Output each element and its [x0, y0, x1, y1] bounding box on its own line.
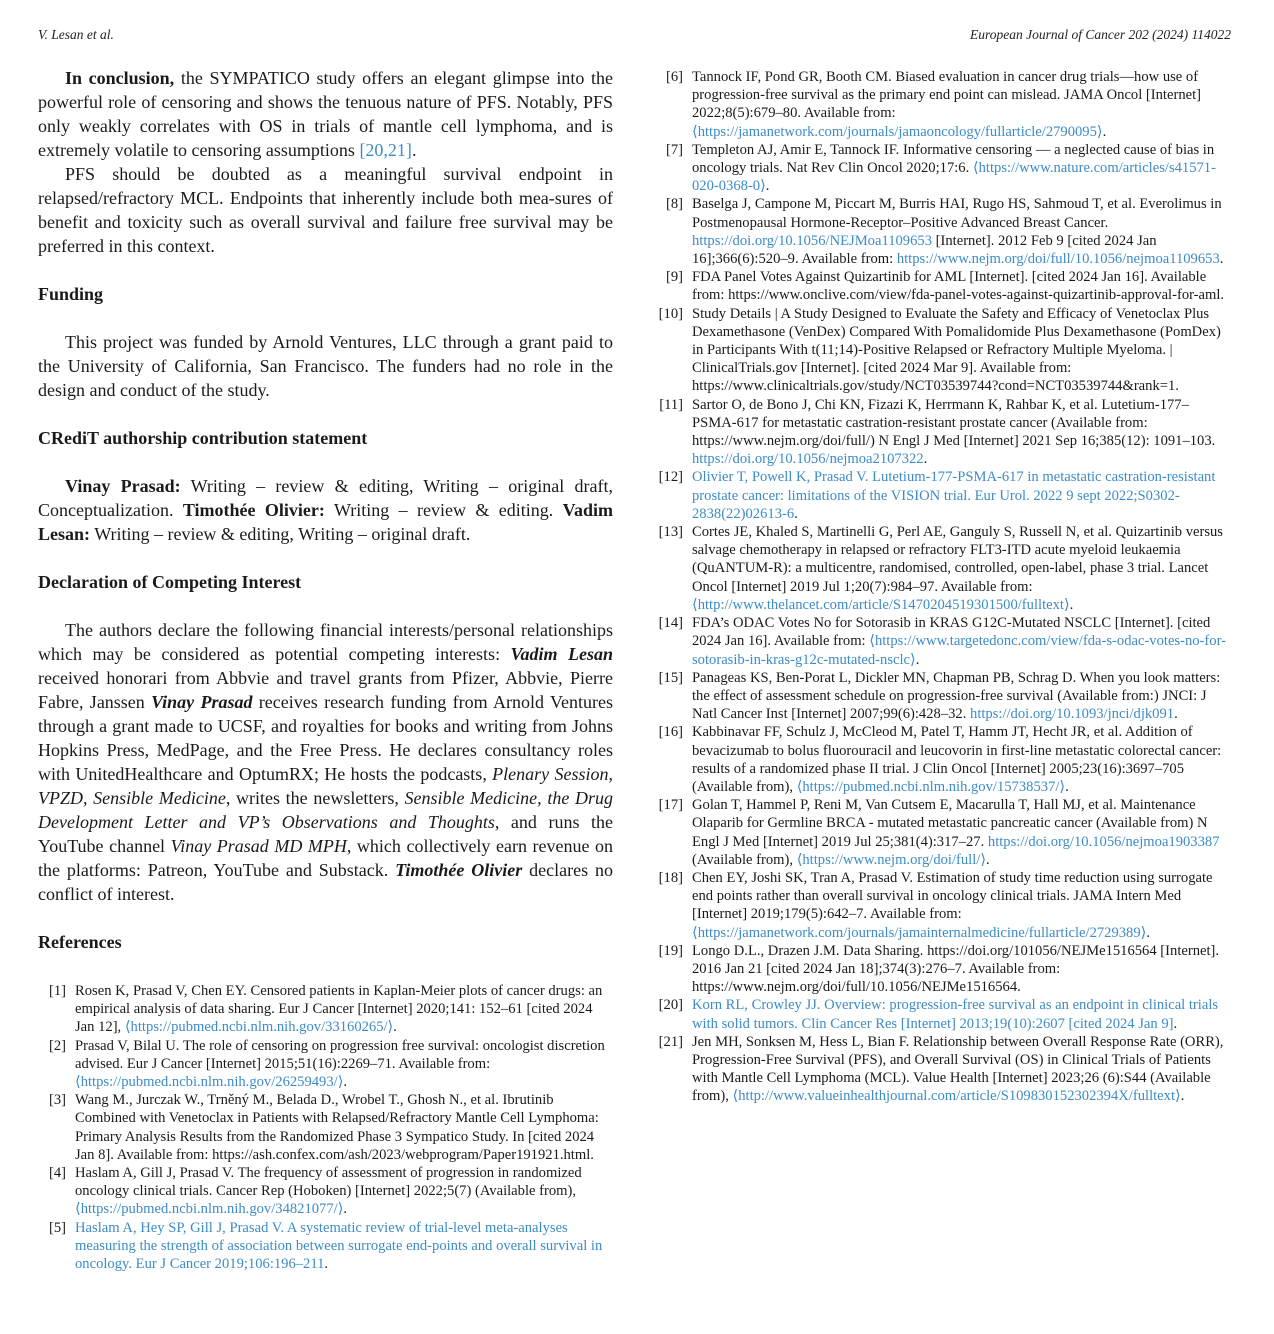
reference-segment: .	[1103, 124, 1107, 140]
reference-link[interactable]: ⟨http://www.thelancet.com/article/S14702…	[692, 597, 1070, 613]
funding-heading: Funding	[38, 282, 613, 306]
reference-link[interactable]: https://doi.org/10.1056/nejmoa2107322	[692, 451, 924, 467]
reference-segment: .	[1220, 251, 1224, 267]
reference-segment: Cortes JE, Khaled S, Martinelli G, Perl …	[692, 524, 1223, 595]
reference-segment: .	[1174, 706, 1178, 722]
reference-segment: .	[986, 852, 990, 868]
reference-number: [10]	[655, 305, 692, 396]
reference-link[interactable]: ⟨https://jamanetwork.com/journals/jamaon…	[692, 124, 1103, 140]
reference-number: [1]	[38, 982, 75, 1037]
reference-text: Templeton AJ, Amir E, Tannock IF. Inform…	[692, 141, 1227, 196]
reference-text: Prasad V, Bilal U. The role of censoring…	[75, 1037, 613, 1092]
reference-segment: Tannock IF, Pond GR, Booth CM. Biased ev…	[692, 69, 1201, 121]
reference-text: Olivier T, Powell K, Prasad V. Lutetium-…	[692, 468, 1227, 523]
reference-item: [20]Korn RL, Crowley JJ. Overview: progr…	[655, 996, 1227, 1032]
pfs-paragraph: PFS should be doubted as a meaningful su…	[38, 162, 613, 258]
reference-number: [13]	[655, 523, 692, 614]
reference-segment: FDA Panel Votes Against Quizartinib for …	[692, 269, 1224, 303]
reference-segment: .	[1181, 1088, 1185, 1104]
reference-text: Chen EY, Joshi SK, Tran A, Prasad V. Est…	[692, 869, 1227, 942]
reference-segment: .	[1070, 597, 1074, 613]
reference-number: [7]	[655, 141, 692, 196]
author-name: Timothée Olivier	[395, 860, 522, 880]
reference-text: Jen MH, Sonksen M, Hess L, Bian F. Relat…	[692, 1033, 1227, 1106]
text: , writes the newsletters,	[226, 788, 405, 808]
author-name: Timothée Olivier:	[183, 500, 325, 520]
running-head-journal: European Journal of Cancer 202 (2024) 11…	[970, 27, 1231, 43]
left-column: In conclusion, the SYMPATICO study offer…	[38, 66, 613, 1273]
reference-item: [19]Longo D.L., Drazen J.M. Data Sharing…	[655, 942, 1227, 997]
reference-segment: Wang M., Jurczak W., Trněný M., Belada D…	[75, 1092, 599, 1163]
reference-item: [8]Baselga J, Campone M, Piccart M, Burr…	[655, 195, 1227, 268]
credit-paragraph: Vinay Prasad: Writing – review & editing…	[38, 474, 613, 546]
author-name: Vadim Lesan	[511, 644, 613, 664]
reference-link[interactable]: ⟨https://pubmed.ncbi.nlm.nih.gov/3316026…	[125, 1019, 393, 1035]
reference-item: [14]FDA’s ODAC Votes No for Sotorasib in…	[655, 614, 1227, 669]
reference-number: [4]	[38, 1164, 75, 1219]
reference-text: Baselga J, Campone M, Piccart M, Burris …	[692, 195, 1227, 268]
reference-link[interactable]: Korn RL, Crowley JJ. Overview: progressi…	[692, 997, 1218, 1031]
reference-number: [6]	[655, 68, 692, 141]
reference-segment: Sartor O, de Bono J, Chi KN, Fizazi K, H…	[692, 397, 1215, 449]
reference-item: [10]Study Details | A Study Designed to …	[655, 305, 1227, 396]
reference-segment: .	[794, 506, 798, 522]
reference-item: [2]Prasad V, Bilal U. The role of censor…	[38, 1037, 613, 1092]
reference-item: [15]Panageas KS, Ben-Porat L, Dickler MN…	[655, 669, 1227, 724]
reference-text: FDA’s ODAC Votes No for Sotorasib in KRA…	[692, 614, 1227, 669]
reference-link[interactable]: https://doi.org/10.1093/jnci/djk091	[970, 706, 1174, 722]
reference-item: [11]Sartor O, de Bono J, Chi KN, Fizazi …	[655, 396, 1227, 469]
reference-link[interactable]: ⟨http://www.valueinhealthjournal.com/art…	[733, 1088, 1181, 1104]
reference-number: [19]	[655, 942, 692, 997]
reference-text: Korn RL, Crowley JJ. Overview: progressi…	[692, 996, 1227, 1032]
reference-text: Haslam A, Hey SP, Gill J, Prasad V. A sy…	[75, 1219, 613, 1274]
author-roles: Writing – review & editing.	[325, 500, 563, 520]
reference-text: Golan T, Hammel P, Reni M, Van Cutsem E,…	[692, 796, 1227, 869]
reference-item: [5]Haslam A, Hey SP, Gill J, Prasad V. A…	[38, 1219, 613, 1274]
reference-text: FDA Panel Votes Against Quizartinib for …	[692, 268, 1227, 304]
citation-link[interactable]: [20,21]	[359, 140, 412, 160]
reference-text: Haslam A, Gill J, Prasad V. The frequenc…	[75, 1164, 613, 1219]
reference-link[interactable]: https://doi.org/10.1056/nejmoa1903387	[988, 834, 1220, 850]
author-name: Vinay Prasad	[151, 692, 252, 712]
reference-text: Kabbinavar FF, Schulz J, McCleod M, Pate…	[692, 723, 1227, 796]
reference-number: [12]	[655, 468, 692, 523]
reference-item: [9]FDA Panel Votes Against Quizartinib f…	[655, 268, 1227, 304]
reference-segment: .	[766, 178, 770, 194]
reference-text: Longo D.L., Drazen J.M. Data Sharing. ht…	[692, 942, 1227, 997]
reference-text: Rosen K, Prasad V, Chen EY. Censored pat…	[75, 982, 613, 1037]
reference-segment: .	[916, 652, 920, 668]
reference-number: [5]	[38, 1219, 75, 1274]
reference-segment: .	[1146, 925, 1150, 941]
reference-item: [21]Jen MH, Sonksen M, Hess L, Bian F. R…	[655, 1033, 1227, 1106]
competing-paragraph: The authors declare the following financ…	[38, 618, 613, 906]
reference-number: [18]	[655, 869, 692, 942]
reference-link[interactable]: ⟨https://pubmed.ncbi.nlm.nih.gov/1573853…	[797, 779, 1065, 795]
reference-segment: Prasad V, Bilal U. The role of censoring…	[75, 1038, 605, 1072]
reference-number: [11]	[655, 396, 692, 469]
reference-item: [6]Tannock IF, Pond GR, Booth CM. Biased…	[655, 68, 1227, 141]
reference-segment: Haslam A, Gill J, Prasad V. The frequenc…	[75, 1165, 582, 1199]
reference-link[interactable]: ⟨https://jamanetwork.com/journals/jamain…	[692, 925, 1146, 941]
reference-link[interactable]: ⟨https://pubmed.ncbi.nlm.nih.gov/3482107…	[75, 1201, 343, 1217]
reference-number: [2]	[38, 1037, 75, 1092]
reference-item: [1]Rosen K, Prasad V, Chen EY. Censored …	[38, 982, 613, 1037]
reference-text: Panageas KS, Ben-Porat L, Dickler MN, Ch…	[692, 669, 1227, 724]
conclusion-paragraph: In conclusion, the SYMPATICO study offer…	[38, 66, 613, 162]
reference-segment: Chen EY, Joshi SK, Tran A, Prasad V. Est…	[692, 870, 1213, 922]
reference-number: [14]	[655, 614, 692, 669]
author-roles: Writing – review & editing, Writing – or…	[90, 524, 470, 544]
reference-segment: .	[1174, 1016, 1178, 1032]
reference-link[interactable]: ⟨https://www.nejm.org/doi/full/⟩	[797, 852, 986, 868]
reference-segment: .	[924, 451, 928, 467]
channel-name: Vinay Prasad MD MPH	[171, 836, 347, 856]
reference-item: [16]Kabbinavar FF, Schulz J, McCleod M, …	[655, 723, 1227, 796]
conclusion-lead: In conclusion,	[65, 68, 174, 88]
reference-link[interactable]: https://doi.org/10.1056/NEJMoa1109653	[692, 233, 932, 249]
reference-number: [16]	[655, 723, 692, 796]
period: .	[412, 140, 417, 160]
reference-link[interactable]: Haslam A, Hey SP, Gill J, Prasad V. A sy…	[75, 1220, 602, 1272]
reference-number: [8]	[655, 195, 692, 268]
reference-segment: Study Details | A Study Designed to Eval…	[692, 306, 1221, 395]
reference-link[interactable]: https://www.nejm.org/doi/full/10.1056/ne…	[897, 251, 1220, 267]
reference-link[interactable]: Olivier T, Powell K, Prasad V. Lutetium-…	[692, 469, 1215, 521]
reference-segment: Baselga J, Campone M, Piccart M, Burris …	[692, 196, 1222, 230]
reference-segment: .	[343, 1201, 347, 1217]
competing-heading: Declaration of Competing Interest	[38, 570, 613, 594]
reference-number: [3]	[38, 1091, 75, 1164]
reference-text: Wang M., Jurczak W., Trněný M., Belada D…	[75, 1091, 613, 1164]
reference-number: [20]	[655, 996, 692, 1032]
running-head-authors: V. Lesan et al.	[38, 27, 114, 43]
credit-heading: CRediT authorship contribution statement	[38, 426, 613, 450]
funding-paragraph: This project was funded by Arnold Ventur…	[38, 330, 613, 402]
reference-item: [7]Templeton AJ, Amir E, Tannock IF. Inf…	[655, 141, 1227, 196]
reference-item: [12]Olivier T, Powell K, Prasad V. Lutet…	[655, 468, 1227, 523]
reference-number: [9]	[655, 268, 692, 304]
reference-text: Study Details | A Study Designed to Eval…	[692, 305, 1227, 396]
reference-item: [4]Haslam A, Gill J, Prasad V. The frequ…	[38, 1164, 613, 1219]
reference-item: [17]Golan T, Hammel P, Reni M, Van Cutse…	[655, 796, 1227, 869]
reference-segment: .	[324, 1256, 328, 1272]
reference-list-right: [6]Tannock IF, Pond GR, Booth CM. Biased…	[655, 68, 1227, 1106]
reference-link[interactable]: ⟨https://pubmed.ncbi.nlm.nih.gov/2625949…	[75, 1074, 343, 1090]
reference-number: [21]	[655, 1033, 692, 1106]
reference-item: [3]Wang M., Jurczak W., Trněný M., Belad…	[38, 1091, 613, 1164]
reference-segment: .	[343, 1074, 347, 1090]
reference-text: Tannock IF, Pond GR, Booth CM. Biased ev…	[692, 68, 1227, 141]
reference-segment: Longo D.L., Drazen J.M. Data Sharing. ht…	[692, 943, 1219, 995]
reference-segment: .	[1065, 779, 1069, 795]
right-column: [6]Tannock IF, Pond GR, Booth CM. Biased…	[655, 68, 1227, 1106]
references-heading: References	[38, 930, 613, 954]
reference-item: [18]Chen EY, Joshi SK, Tran A, Prasad V.…	[655, 869, 1227, 942]
author-name: Vinay Prasad:	[65, 476, 181, 496]
reference-item: [13]Cortes JE, Khaled S, Martinelli G, P…	[655, 523, 1227, 614]
reference-text: Cortes JE, Khaled S, Martinelli G, Perl …	[692, 523, 1227, 614]
reference-text: Sartor O, de Bono J, Chi KN, Fizazi K, H…	[692, 396, 1227, 469]
reference-number: [17]	[655, 796, 692, 869]
reference-number: [15]	[655, 669, 692, 724]
reference-segment: .	[393, 1019, 397, 1035]
reference-segment: (Available from),	[692, 852, 797, 868]
reference-list-left: [1]Rosen K, Prasad V, Chen EY. Censored …	[38, 982, 613, 1273]
